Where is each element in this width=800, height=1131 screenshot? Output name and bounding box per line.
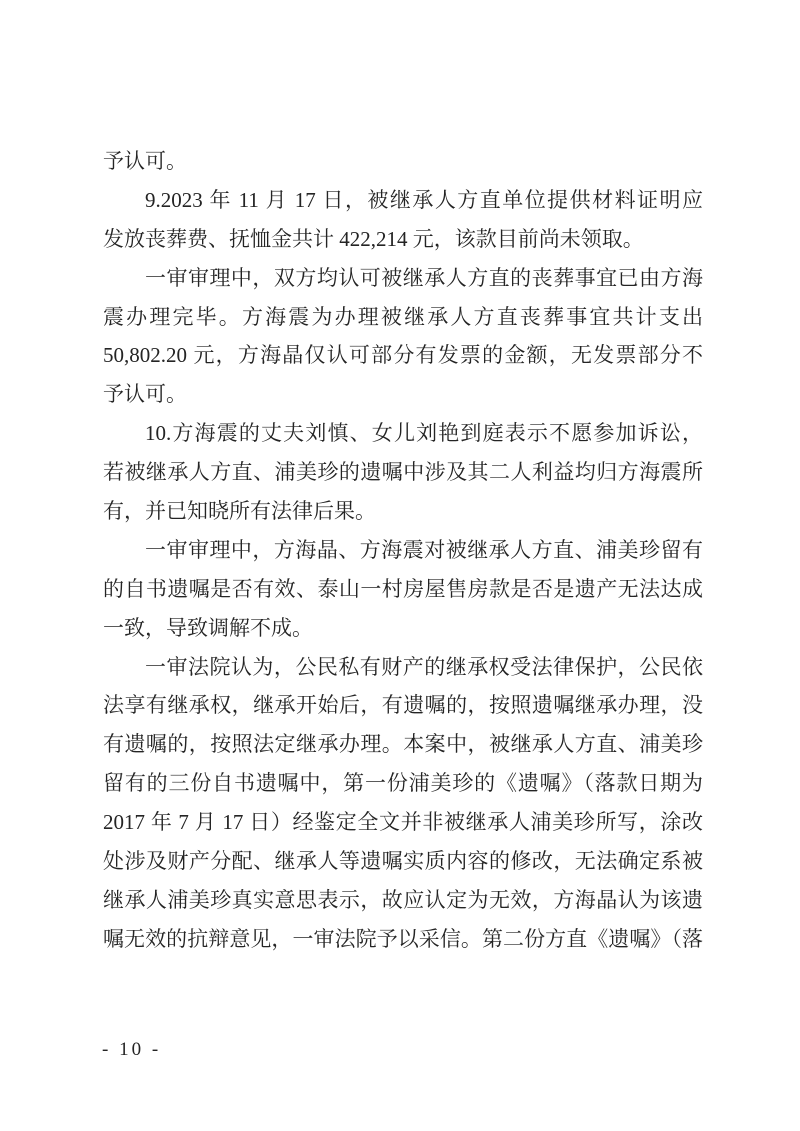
text-line: 继承人浦美珍真实意思表示，故应认定为无效，方海晶认为该遗 — [103, 881, 703, 920]
text-line: 处涉及财产分配、继承人等遗嘱实质内容的修改，无法确定系被 — [103, 842, 703, 881]
text-line: 有，并已知晓所有法律后果。 — [103, 492, 703, 531]
text-line: 50,802.20 元，方海晶仅认可部分有发票的金额，无发票部分不 — [103, 336, 703, 375]
text-line: 有遗嘱的，按照法定继承办理。本案中，被继承人方直、浦美珍 — [103, 725, 703, 764]
text-line: 留有的三份自书遗嘱中，第一份浦美珍的《遗嘱》（落款日期为 — [103, 764, 703, 803]
text-line: 的自书遗嘱是否有效、泰山一村房屋售房款是否是遗产无法达成 — [103, 570, 703, 609]
text-line: 一审审理中，方海晶、方海震对被继承人方直、浦美珍留有 — [103, 531, 703, 570]
text-line: 若被继承人方直、浦美珍的遗嘱中涉及其二人利益均归方海震所 — [103, 453, 703, 492]
text-line: 法享有继承权，继承开始后，有遗嘱的，按照遗嘱继承办理，没 — [103, 686, 703, 725]
text-line: 震办理完毕。方海震为办理被继承人方直丧葬事宜共计支出 — [103, 298, 703, 337]
text-line: 予认可。 — [103, 142, 703, 181]
page-number: - 10 - — [102, 1039, 161, 1061]
document-page: 予认可。9.2023 年 11 月 17 日，被继承人方直单位提供材料证明应发放… — [0, 0, 800, 1131]
text-line: 嘱无效的抗辩意见，一审法院予以采信。第二份方直《遗嘱》（落 — [103, 920, 703, 959]
text-line: 发放丧葬费、抚恤金共计 422,214 元，该款目前尚未领取。 — [103, 220, 703, 259]
text-line: 一审审理中，双方均认可被继承人方直的丧葬事宜已由方海 — [103, 259, 703, 298]
text-line: 10.方海震的丈夫刘慎、女儿刘艳到庭表示不愿参加诉讼， — [103, 414, 703, 453]
text-line: 一致，导致调解不成。 — [103, 609, 703, 648]
text-line: 予认可。 — [103, 375, 703, 414]
text-line: 一审法院认为，公民私有财产的继承权受法律保护，公民依 — [103, 648, 703, 687]
document-body: 予认可。9.2023 年 11 月 17 日，被继承人方直单位提供材料证明应发放… — [103, 142, 703, 959]
text-line: 2017 年 7 月 17 日）经鉴定全文并非被继承人浦美珍所写，涂改 — [103, 803, 703, 842]
text-line: 9.2023 年 11 月 17 日，被继承人方直单位提供材料证明应 — [103, 181, 703, 220]
